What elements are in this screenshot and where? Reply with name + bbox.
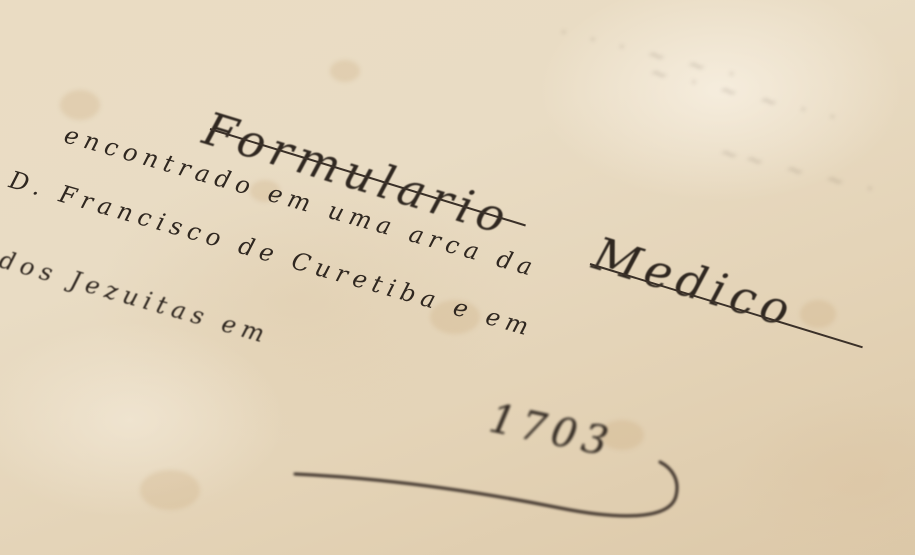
manuscript-page: · · · ~ ~ · ~ · ~ ~ · · ~~ ~ ~ · Formula… bbox=[0, 0, 915, 555]
signature-flourish bbox=[0, 0, 915, 555]
